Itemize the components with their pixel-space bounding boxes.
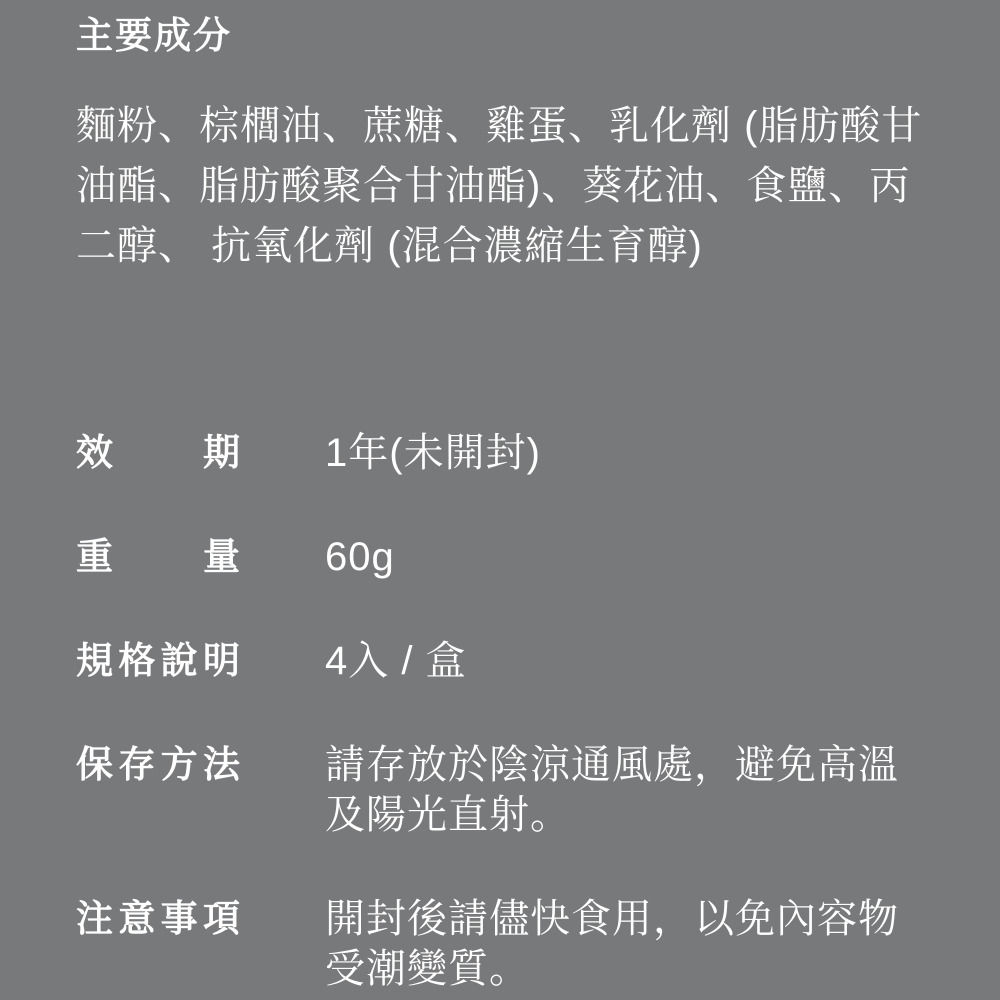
spec-row-precautions: 注意事項 開封後請儘快食用，以免內容物 受潮變質。 bbox=[76, 894, 922, 994]
ingredients-heading: 主要成分 bbox=[76, 12, 922, 60]
spec-label-storage-method: 保存方法 bbox=[76, 740, 240, 790]
spec-row-package-spec: 規格說明 4入 / 盒 bbox=[76, 636, 922, 686]
spec-value-package-spec: 4入 / 盒 bbox=[325, 636, 467, 686]
spec-list: 效期 1年(未開封) 重量 60g 規格說明 4入 / 盒 保存方法 請存放於陰… bbox=[76, 428, 922, 994]
ingredients-paragraph: 麵粉、棕櫚油、蔗糖、雞蛋、乳化劑 (脂肪酸甘 油酯、脂肪酸聚合甘油酯)、葵花油、… bbox=[76, 96, 922, 276]
spec-row-shelf-life: 效期 1年(未開封) bbox=[76, 428, 922, 478]
spec-row-weight: 重量 60g bbox=[76, 532, 922, 582]
spec-value-shelf-life: 1年(未開封) bbox=[325, 428, 541, 478]
spec-row-storage-method: 保存方法 請存放於陰涼通風處，避免高溫 及陽光直射。 bbox=[76, 740, 922, 840]
spec-label-precautions: 注意事項 bbox=[76, 894, 240, 944]
spec-value-line: 開封後請儘快食用，以免內容物 bbox=[325, 894, 899, 944]
ingredients-line: 二醇、 抗氧化劑 (混合濃縮生育醇) bbox=[76, 216, 922, 276]
ingredients-line: 油酯、脂肪酸聚合甘油酯)、葵花油、食鹽、丙 bbox=[76, 156, 922, 216]
spec-value-line: 1年(未開封) bbox=[325, 428, 541, 478]
spec-label-shelf-life: 效期 bbox=[76, 428, 240, 478]
ingredients-line: 麵粉、棕櫚油、蔗糖、雞蛋、乳化劑 (脂肪酸甘 bbox=[76, 96, 922, 156]
spec-value-line: 60g bbox=[325, 532, 395, 582]
spec-value-line: 受潮變質。 bbox=[325, 944, 899, 994]
spec-label-weight: 重量 bbox=[76, 532, 240, 582]
spec-label-package-spec: 規格說明 bbox=[76, 636, 240, 686]
spec-value-line: 4入 / 盒 bbox=[325, 636, 467, 686]
spec-value-precautions: 開封後請儘快食用，以免內容物 受潮變質。 bbox=[325, 894, 899, 994]
spec-value-line: 及陽光直射。 bbox=[325, 790, 899, 840]
spec-value-line: 請存放於陰涼通風處，避免高溫 bbox=[325, 740, 899, 790]
spec-value-weight: 60g bbox=[325, 532, 395, 582]
spec-value-storage-method: 請存放於陰涼通風處，避免高溫 及陽光直射。 bbox=[325, 740, 899, 840]
product-info-panel: 主要成分 麵粉、棕櫚油、蔗糖、雞蛋、乳化劑 (脂肪酸甘 油酯、脂肪酸聚合甘油酯)… bbox=[0, 0, 1000, 1000]
